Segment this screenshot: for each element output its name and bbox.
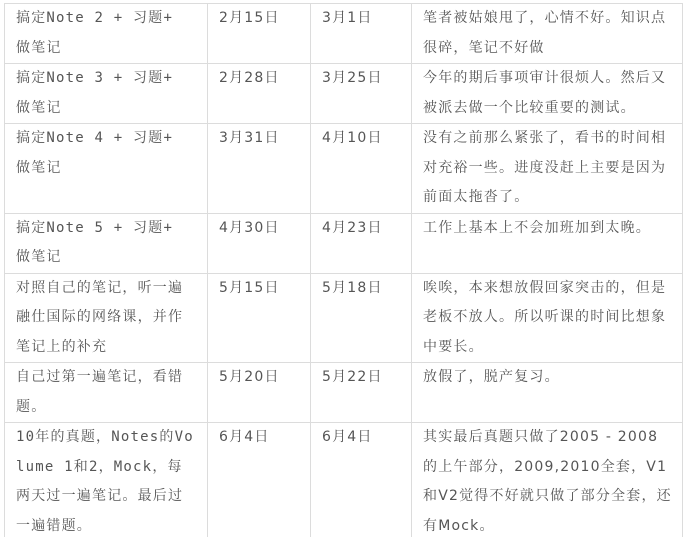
start-date-cell: 4月30日 [208,213,311,273]
table-row: 搞定Note 3 + 习题+ 做笔记 2月28日 3月25日 今年的期后事项审计… [5,64,683,124]
task-cell: 10年的真题，Notes的Volume 1和2，Mock，每两天过一遍笔记。最后… [5,423,208,537]
end-date-cell: 4月23日 [311,213,412,273]
task-cell: 搞定Note 3 + 习题+ 做笔记 [5,64,208,124]
table-row: 搞定Note 2 + 习题+ 做笔记 2月15日 3月1日 笔者被姑娘甩了，心情… [5,4,683,64]
note-cell: 放假了，脱产复习。 [412,363,683,423]
task-cell: 搞定Note 4 + 习题+ 做笔记 [5,124,208,214]
table-row: 对照自己的笔记，听一遍融仕国际的网络课，并作笔记上的补充 5月15日 5月18日… [5,273,683,363]
table-row: 10年的真题，Notes的Volume 1和2，Mock，每两天过一遍笔记。最后… [5,423,683,537]
end-date-cell: 5月22日 [311,363,412,423]
note-cell: 笔者被姑娘甩了，心情不好。知识点很碎，笔记不好做 [412,4,683,64]
end-date-cell: 6月4日 [311,423,412,537]
study-plan-table: 搞定Note 2 + 习题+ 做笔记 2月15日 3月1日 笔者被姑娘甩了，心情… [4,3,683,537]
note-cell: 今年的期后事项审计很烦人。然后又被派去做一个比较重要的测试。 [412,64,683,124]
start-date-cell: 2月15日 [208,4,311,64]
end-date-cell: 4月10日 [311,124,412,214]
start-date-cell: 3月31日 [208,124,311,214]
task-cell: 搞定Note 2 + 习题+ 做笔记 [5,4,208,64]
task-cell: 对照自己的笔记，听一遍融仕国际的网络课，并作笔记上的补充 [5,273,208,363]
end-date-cell: 5月18日 [311,273,412,363]
task-cell: 搞定Note 5 + 习题+ 做笔记 [5,213,208,273]
task-cell: 自己过第一遍笔记，看错题。 [5,363,208,423]
start-date-cell: 6月4日 [208,423,311,537]
table-row: 搞定Note 5 + 习题+ 做笔记 4月30日 4月23日 工作上基本上不会加… [5,213,683,273]
start-date-cell: 5月15日 [208,273,311,363]
note-cell: 唉唉，本来想放假回家突击的，但是老板不放人。所以听课的时间比想象中要长。 [412,273,683,363]
note-cell: 没有之前那么紧张了，看书的时间相对充裕一些。进度没赶上主要是因为前面太拖沓了。 [412,124,683,214]
end-date-cell: 3月25日 [311,64,412,124]
note-cell: 工作上基本上不会加班加到太晚。 [412,213,683,273]
start-date-cell: 2月28日 [208,64,311,124]
note-cell: 其实最后真题只做了2005 - 2008的上午部分，2009,2010全套，V1… [412,423,683,537]
table-row: 自己过第一遍笔记，看错题。 5月20日 5月22日 放假了，脱产复习。 [5,363,683,423]
end-date-cell: 3月1日 [311,4,412,64]
table-row: 搞定Note 4 + 习题+ 做笔记 3月31日 4月10日 没有之前那么紧张了… [5,124,683,214]
start-date-cell: 5月20日 [208,363,311,423]
